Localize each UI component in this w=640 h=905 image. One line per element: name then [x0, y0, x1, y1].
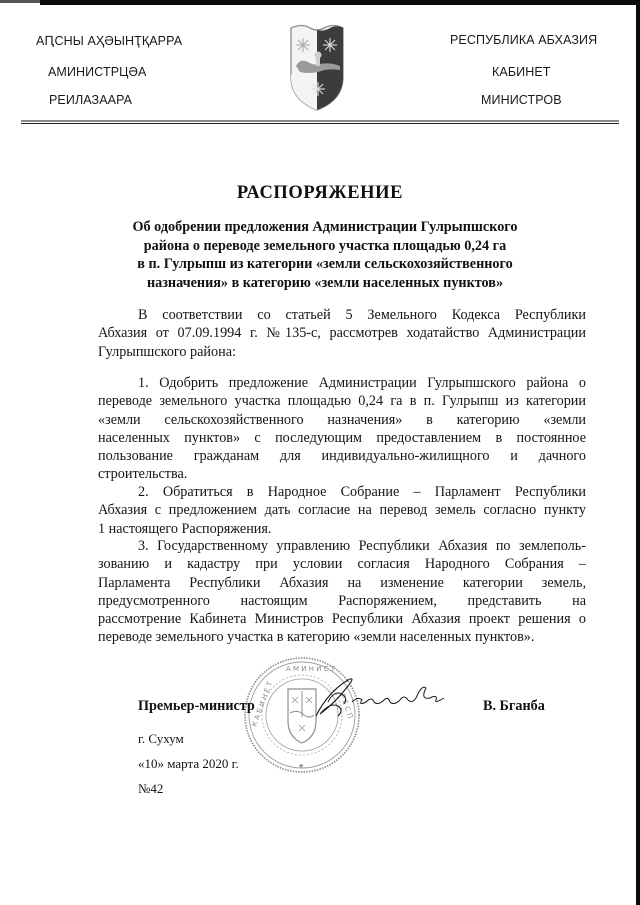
text-line: 1. Одобрить предложение Администрации Гу…: [98, 374, 586, 392]
text-line: 2. Обратиться в Народное Собрание – Парл…: [98, 483, 586, 501]
header-right-line-2: КАБИНЕТ: [492, 65, 551, 79]
subject-line: в п. Гулрыпш из категории «земли сельско…: [100, 255, 550, 274]
subject-line: Об одобрении предложения Администрации Г…: [100, 218, 550, 237]
text-line: пользование гражданам для индивидуально-…: [98, 447, 586, 465]
scan-edge-top: [40, 0, 640, 5]
text-line: 3. Государственному управлению Республик…: [98, 537, 586, 555]
intro-paragraph: В соответствии со статьей 5 Земельного К…: [98, 306, 586, 361]
text-line: Абхазия от 07.09.1994 г. №135-с, рассмот…: [98, 324, 586, 342]
scan-edge-top-left: [0, 0, 40, 3]
abkhazia-coat-of-arms-icon: [288, 22, 346, 112]
header-right-line-3: МИНИСТРОВ: [481, 93, 562, 107]
text-line: строительства.: [98, 465, 586, 483]
signatory-name: В. Бганба: [483, 698, 545, 715]
text-line: Парламента Республики Абхазия на изменен…: [98, 574, 586, 592]
order-item-1: 1. Одобрить предложение Администрации Гу…: [98, 374, 586, 484]
text-line: переводе земельного участка в категорию …: [98, 628, 586, 646]
document-type-title: РАСПОРЯЖЕНИЕ: [0, 183, 640, 204]
text-line: населенных пунктов» с последующим предос…: [98, 429, 586, 447]
scan-edge-right: [636, 0, 640, 905]
document-subject: Об одобрении предложения Администрации Г…: [100, 218, 550, 292]
text-line: переводе земельного участка площадью 0,2…: [98, 392, 586, 410]
order-item-2: 2. Обратиться в Народное Собрание – Парл…: [98, 483, 586, 538]
text-line: предусмотренного настоящим Распоряжением…: [98, 592, 586, 610]
document-page: АԤСНЫ АҲӘЫНҬҚАРРА АМИНИСТРЦӘА РЕИЛАЗААРА…: [0, 0, 640, 905]
letterhead-divider: [21, 120, 619, 122]
text-line: рассмотрение Кабинета Министров Республи…: [98, 610, 586, 628]
text-line: 1 настоящего Распоряжения.: [98, 520, 586, 538]
signatory-position: Премьер-министр: [138, 698, 255, 715]
header-left-line-1: АԤСНЫ АҲӘЫНҬҚАРРА: [36, 33, 182, 48]
order-item-3: 3. Государственному управлению Республик…: [98, 537, 586, 647]
document-number: №42: [138, 781, 163, 797]
issue-city: г. Сухум: [138, 731, 184, 747]
text-line: Абхазия с предложением дать согласие на …: [98, 501, 586, 519]
text-line: зованию и кадастру при условии согласия …: [98, 555, 586, 573]
text-line: Гулрыпшского района:: [98, 343, 586, 361]
subject-line: назначения» в категорию «земли населенны…: [100, 274, 550, 293]
header-left-line-3: РЕИЛАЗААРА: [49, 93, 132, 107]
svg-text:★: ★: [298, 762, 304, 770]
subject-line: района о переводе земельного участка пло…: [100, 237, 550, 256]
text-line: «земли сельскохозяйственного назначения»…: [98, 411, 586, 429]
text-line: В соответствии со статьей 5 Земельного К…: [98, 306, 586, 324]
handwritten-signature-icon: [308, 672, 458, 722]
header-right-line-1: РЕСПУБЛИКА АБХАЗИЯ: [450, 33, 597, 47]
header-left-line-2: АМИНИСТРЦӘА: [48, 65, 146, 79]
issue-date: «10» марта 2020 г.: [138, 756, 239, 772]
letterhead-divider-thin: [21, 123, 619, 124]
